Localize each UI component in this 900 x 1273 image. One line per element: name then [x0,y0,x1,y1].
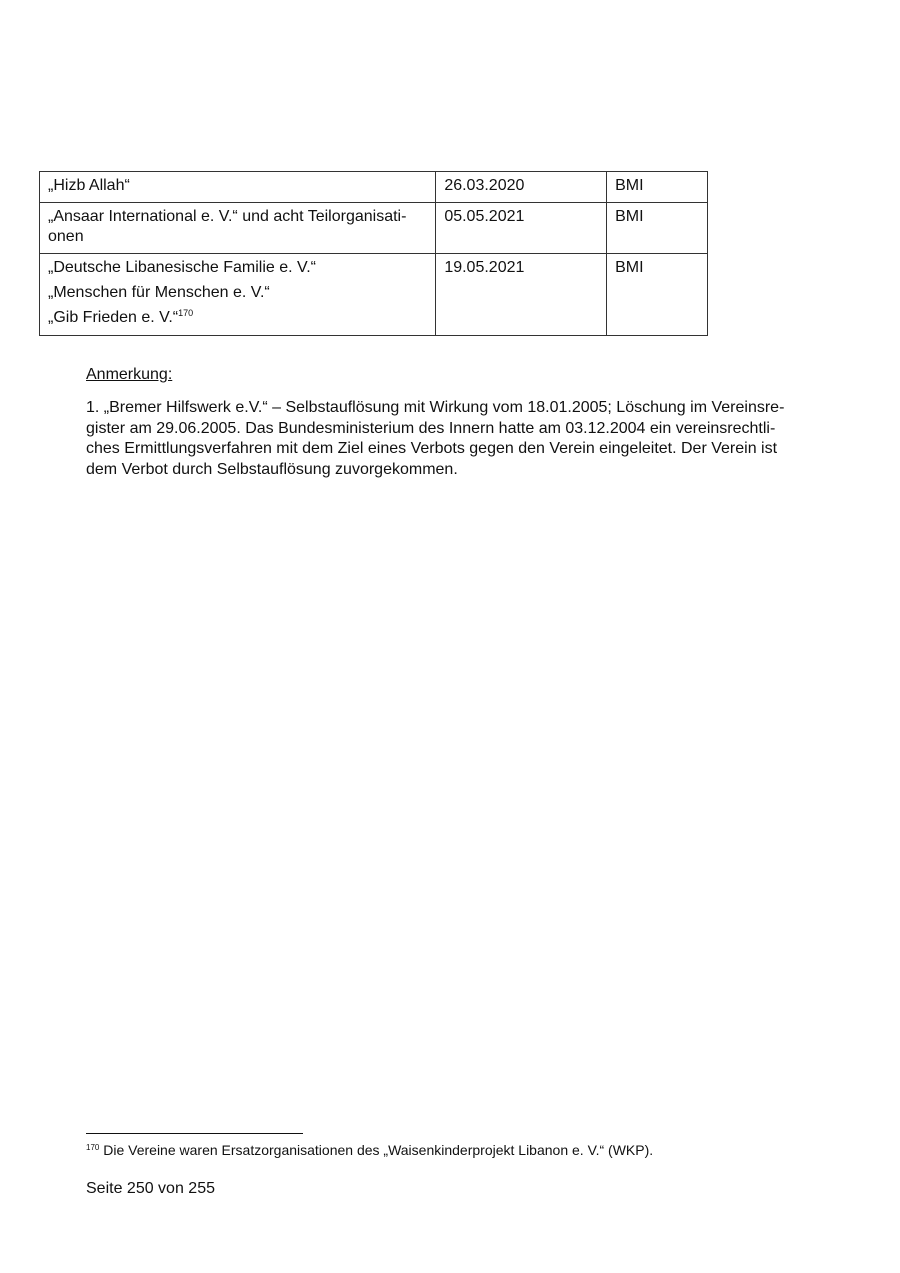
table-row: „Deutsche Libanesische Familie e. V.“ „M… [40,254,708,336]
authority-cell: BMI [607,203,708,254]
organization-name: „Menschen für Menschen e. V.“ [48,283,427,303]
organization-name: „Hizb Allah“ [48,176,427,196]
date-cell: 19.05.2021 [436,254,607,336]
organization-ban-table: „Hizb Allah“ 26.03.2020 BMI „Ansaar Inte… [39,171,708,336]
footnote-separator [86,1133,303,1134]
organization-cell: „Hizb Allah“ [40,172,436,203]
date-cell: 26.03.2020 [436,172,607,203]
remark-heading: Anmerkung: [86,366,172,384]
organization-name: „Deutsche Libanesische Familie e. V.“ [48,258,427,278]
footnote-reference[interactable]: 170 [178,308,193,318]
authority-cell: BMI [607,172,708,203]
organization-cell: „Deutsche Libanesische Familie e. V.“ „M… [40,254,436,336]
table-row: „Ansaar International e. V.“ und acht Te… [40,203,708,254]
organization-name: „Gib Frieden e. V.“170 [48,308,427,328]
remark-paragraph: 1. „Bremer Hilfswerk e.V.“ – Selbstauflö… [86,398,818,480]
date-cell: 05.05.2021 [436,203,607,254]
authority-cell: BMI [607,254,708,336]
remark-line: dem Verbot durch Selbstauflösung zuvorge… [86,460,818,481]
footnote: 170 Die Vereine waren Ersatzorganisation… [86,1142,653,1158]
organization-name-line-1: „Ansaar International e. V.“ und acht Te… [48,207,427,227]
footnote-number: 170 [86,1143,99,1152]
footnote-text: Die Vereine waren Ersatzorganisationen d… [103,1142,653,1158]
organization-name-text: „Gib Frieden e. V.“ [48,309,178,326]
organization-name-line-2: onen [48,227,427,247]
remark-line: ches Ermittlungsverfahren mit dem Ziel e… [86,439,818,460]
table-row: „Hizb Allah“ 26.03.2020 BMI [40,172,708,203]
remark-line: 1. „Bremer Hilfswerk e.V.“ – Selbstauflö… [86,398,818,419]
remark-line: gister am 29.06.2005. Das Bundesminister… [86,419,818,440]
page-number: Seite 250 von 255 [86,1180,215,1198]
organization-cell: „Ansaar International e. V.“ und acht Te… [40,203,436,254]
